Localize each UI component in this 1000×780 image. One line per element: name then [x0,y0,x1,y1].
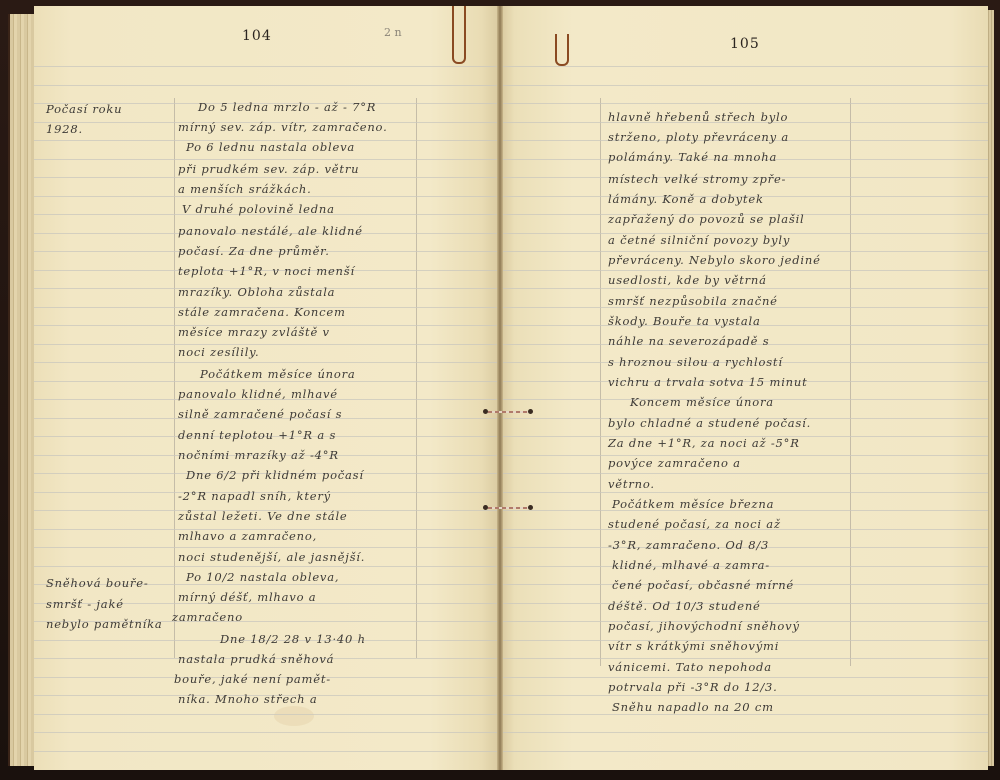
handwritten-line: zůstal ležeti. Ve dne stále [178,509,348,523]
handwritten-line: níka. Mnoho střech a [178,692,318,706]
handwritten-line: mlhavo a zamračeno, [178,529,317,543]
handwritten-line: a četné silniční povozy byly [608,233,790,247]
handwritten-line: Sněhu napadlo na 20 cm [612,700,774,714]
ruled-line [34,547,500,548]
ruled-line [500,288,988,289]
column-rule-left [174,98,175,658]
book-gutter [497,6,503,770]
handwritten-line: mírný sev. záp. vítr, zamračeno. [178,120,388,134]
handwritten-line: vánicemi. Tato nepohoda [608,660,772,674]
handwritten-line: čené počasí, občasné mírné [612,578,794,592]
handwritten-line: vichru a trvala sotva 15 minut [608,375,808,389]
margin-note: Počasí roku [46,102,122,116]
handwritten-line: Po 10/2 nastala obleva, [186,570,339,584]
handwritten-line: Za dne +1°R, za noci až -5°R [608,436,800,450]
handwritten-line: Do 5 ledna mrzlo - až - 7°R [198,100,376,114]
handwritten-line: převráceny. Nebylo skoro jediné [608,253,821,267]
handwritten-line: panovalo nestálé, ale klidné [178,224,363,238]
ruled-line [34,85,500,86]
handwritten-line: Dne 6/2 při klidném počasí [186,468,364,482]
ruled-line [34,362,500,363]
handwritten-line: místech velké stromy zpře- [608,172,786,186]
ruled-line [500,85,988,86]
right-page: 105 hlavně hřebenů střech bylostrženo, p… [500,6,988,770]
ruled-line [34,732,500,733]
stitch-hole [528,505,533,510]
ruled-line [500,455,988,456]
handwritten-line: Dne 18/2 28 v 13·40 h [220,632,366,646]
ruled-line [500,751,988,752]
ruled-line [500,695,988,696]
handwritten-line: hlavně hřebenů střech bylo [608,110,788,124]
handwritten-line: mírný déšť, mlhavo a [178,590,316,604]
ruled-line [34,177,500,178]
ruled-line [34,66,500,67]
handwritten-line: smršť nezpůsobila značné [608,294,778,308]
handwritten-line: panovalo klidné, mlhavé [178,387,338,401]
paperclip-right [555,34,569,66]
ruled-line [500,658,988,659]
handwritten-line: nastala prudká sněhová [178,652,334,666]
page-number-right: 105 [730,36,760,52]
handwritten-line: zapřažený do povozů se plašil [608,212,805,226]
handwritten-line: noci studenější, ale jasnější. [178,550,365,564]
ruled-line [34,344,500,345]
paperclip-left [452,6,466,64]
handwritten-line: déště. Od 10/3 studené [608,599,761,613]
handwritten-line: usedlosti, kde by větrná [608,273,767,287]
binding-stitch [488,411,528,413]
handwritten-line: mrazíky. Obloha zůstala [178,285,335,299]
handwritten-line: potrvala při -3°R do 12/3. [608,680,778,694]
handwritten-line: noci zesílily. [178,345,259,359]
handwritten-line: škody. Bouře ta vystala [608,314,761,328]
left-page: 104 2 n Počasí roku1928.Sněhová bouře-sm… [34,6,500,770]
ruled-line [500,251,988,252]
handwritten-line: lámány. Koně a dobytek [608,192,764,206]
ruled-line [500,66,988,67]
ruled-line [34,751,500,752]
column-rule-left [600,98,601,666]
handwritten-line: bylo chladné a studené počasí. [608,416,811,430]
handwritten-line: nočními mrazíky až -4°R [178,448,339,462]
margin-note: nebylo pamětníka [46,617,163,631]
pencil-mark: 2 n [384,26,402,39]
handwritten-line: Koncem měsíce února [630,395,774,409]
handwritten-line: měsíce mrazy zvláště v [178,325,330,339]
handwritten-line: studené počasí, za noci až [608,517,781,531]
handwritten-line: polámány. Také na mnoha [608,150,777,164]
ruled-line [34,714,500,715]
handwritten-line: zamračeno [172,610,243,624]
handwritten-line: teplota +1°R, v noci menší [178,264,355,278]
handwritten-line: -2°R napadl sníh, který [178,489,331,503]
handwritten-line: strženo, ploty převráceny a [608,130,789,144]
stitch-hole [528,409,533,414]
handwritten-line: vítr s krátkými sněhovými [608,639,779,653]
ruled-line [34,159,500,160]
handwritten-line: stále zamračena. Koncem [178,305,346,319]
ruled-line [500,732,988,733]
handwritten-line: náhle na severozápadě s [608,334,769,348]
binding-stitch [488,507,528,509]
handwritten-line: s hroznou silou a rychlostí [608,355,783,369]
handwritten-line: větrno. [608,477,655,491]
handwritten-line: bouře, jaké není pamět- [174,672,331,686]
column-rule-right [850,98,851,666]
handwritten-line: Počátkem měsíce února [200,367,356,381]
handwritten-line: denní teplotou +1°R a s [178,428,336,442]
handwritten-line: počasí, jihovýchodní sněhový [608,619,800,633]
handwritten-line: počasí. Za dne průměr. [178,244,330,258]
handwritten-line: klidné, mlhavé a zamra- [612,558,770,572]
page-number-left: 104 [242,28,272,44]
paper-stain [274,706,314,726]
ruled-line [500,103,988,104]
ruled-line [500,473,988,474]
handwritten-line: V druhé polovině ledna [182,202,335,216]
handwritten-line: při prudkém sev. záp. větru [178,162,359,176]
ruled-line [34,566,500,567]
ruled-line [500,677,988,678]
column-rule-right [416,98,417,658]
ruled-line [500,270,988,271]
handwritten-line: -3°R, zamračeno. Od 8/3 [608,538,769,552]
handwritten-line: Počátkem měsíce března [612,497,774,511]
margin-note: Sněhová bouře- [46,576,149,590]
margin-note: smršť - jaké [46,597,124,611]
handwritten-line: silně zamračené počasí s [178,407,342,421]
margin-note: 1928. [46,122,83,136]
ruled-line [500,492,988,493]
handwritten-line: povýce zamračeno a [608,456,741,470]
handwritten-line: a menších srážkách. [178,182,312,196]
handwritten-line: Po 6 lednu nastala obleva [186,140,355,154]
